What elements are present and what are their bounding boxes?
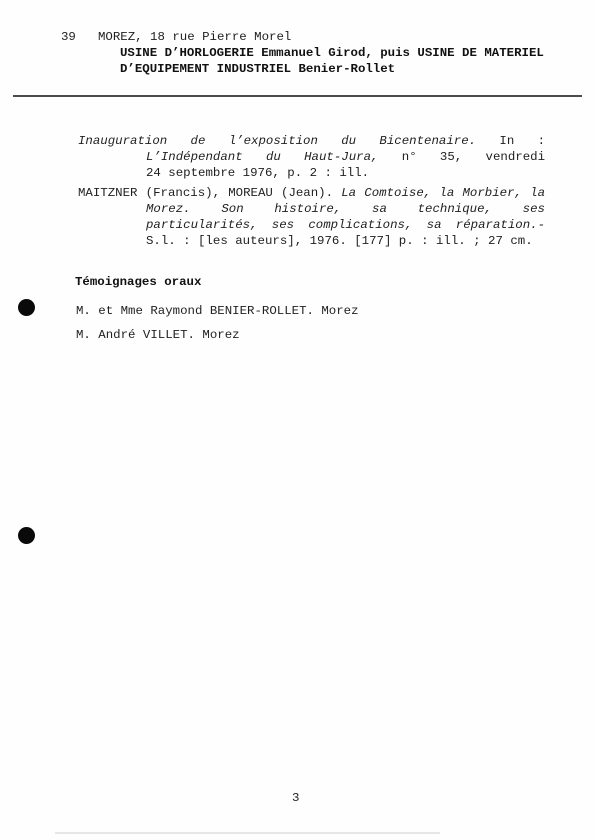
entry2-title-italic-start: La Comtoise, la Morbier, la <box>341 186 545 200</box>
testimony-item: M. André VILLET. Morez <box>76 327 240 343</box>
bibliography-entry2-line2: Morez. Son histoire, sa technique, ses <box>146 201 545 217</box>
entry1-journal-italic: L’Indépendant du Haut-Jura, <box>146 150 378 164</box>
header-divider-rule <box>13 95 582 97</box>
scan-artifact-line <box>55 832 440 834</box>
bibliography-entry2-line1: MAITZNER (Francis), MOREAU (Jean). La Co… <box>78 185 545 201</box>
punch-hole-bottom <box>18 527 35 544</box>
bibliography-entry2-line3: particularités, ses complications, sa ré… <box>146 217 545 233</box>
testimony-item: M. et Mme Raymond BENIER-ROLLET. Morez <box>76 303 359 319</box>
entry-title-line2: D’EQUIPEMENT INDUSTRIEL Benier-Rollet <box>120 61 395 77</box>
bibliography-entry1-line2: L’Indépendant du Haut-Jura, n° 35, vendr… <box>146 149 545 165</box>
entry-number: 39 <box>61 29 76 45</box>
entry2-authors: MAITZNER (Francis), MOREAU (Jean). <box>78 186 333 200</box>
entry-address: MOREZ, 18 rue Pierre Morel <box>98 29 291 45</box>
testimonies-heading: Témoignages oraux <box>75 274 201 290</box>
page-number: 3 <box>292 790 299 806</box>
bibliography-entry1-line1: Inauguration de l’exposition du Bicenten… <box>78 133 545 149</box>
entry-title-line1: USINE D’HORLOGERIE Emmanuel Girod, puis … <box>120 45 544 61</box>
bibliography-entry1-line3: 24 septembre 1976, p. 2 : ill. <box>146 165 369 181</box>
punch-hole-top <box>18 299 35 316</box>
entry1-issue-info: n° 35, vendredi <box>402 150 545 164</box>
entry1-in-label: In : <box>499 134 545 148</box>
entry1-title-italic: Inauguration de l’exposition du Bicenten… <box>78 134 476 148</box>
bibliography-entry2-line4: S.l. : [les auteurs], 1976. [177] p. : i… <box>146 233 533 249</box>
document-page: 39 MOREZ, 18 rue Pierre Morel USINE D’HO… <box>0 0 595 840</box>
